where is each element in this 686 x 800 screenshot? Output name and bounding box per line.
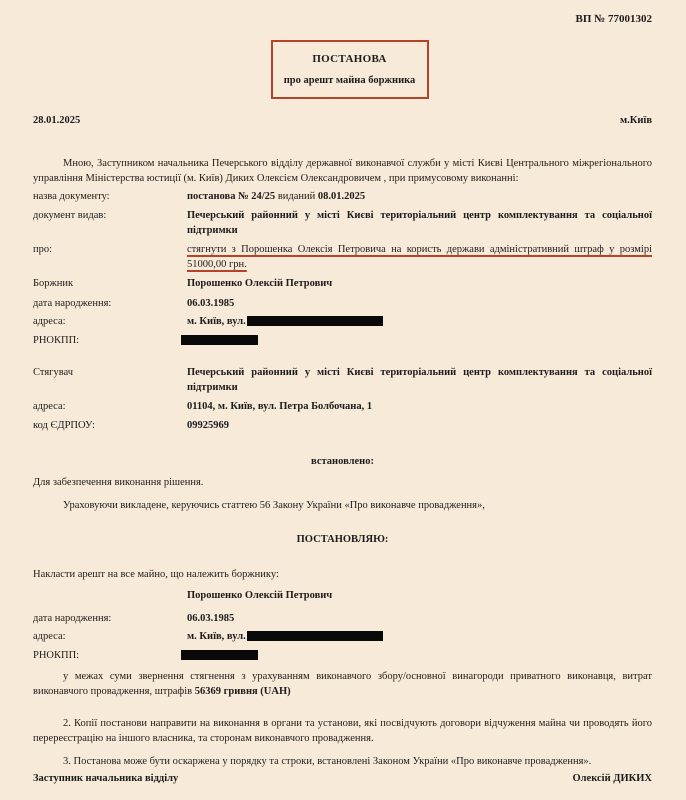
field-value: Печерський районний у місті Києві терито… [187,208,652,238]
document-subtitle: про арешт майна боржника [279,73,421,88]
field-row-about: про: стягнути з Порошенка Олексія Петров… [33,242,652,272]
established-heading: встановлено: [33,454,652,469]
resolve-item2: 2. Копії постанови направити на виконанн… [33,716,652,746]
claimant-name-row: Стягувач Печерський районний у місті Киє… [33,365,652,395]
claimant-edrpou-row: код ЄДРПОУ: 09925969 [33,418,652,433]
debtor-dob-row: дата народження: 06.03.1985 [33,296,652,311]
field-label: РНОКПП: [33,648,187,663]
resolve-item3: 3. Постанова може бути оскаржена у поряд… [33,754,652,769]
resolve-address-row: адреса: м. Київ, вул. [33,629,652,644]
redacted-rnokpp-bar [181,650,258,660]
signer-position: Заступник начальника відділу [33,771,178,786]
signature-row: Заступник начальника відділу Олексій ДИК… [33,771,652,788]
debtor-rnokpp-row: РНОКПП: [33,333,652,348]
intro-paragraph: Мною, Заступником начальника Печерського… [33,156,652,186]
document-city: м.Київ [620,113,652,128]
doc-name-issued-word: виданий [275,191,318,202]
claimant-address-row: адреса: 01104, м. Київ, вул. Петра Болбо… [33,399,652,414]
resolve-address: м. Київ, вул. [187,629,652,644]
redacted-address-bar [247,316,383,326]
field-value: стягнути з Порошенка Олексія Петровича н… [187,242,652,272]
limits-text: у межах суми звернення стягнення з ураху… [33,671,652,697]
field-label: адреса: [33,399,187,414]
field-label: Боржник [33,276,187,291]
field-label: РНОКПП: [33,333,187,348]
field-label: код ЄДРПОУ: [33,418,187,433]
doc-name-number: постанова № 24/25 [187,191,275,202]
field-label: документ видав: [33,208,187,223]
resolve-dob-row: дата народження: 06.03.1985 [33,611,652,626]
resolve-rnokpp-row: РНОКПП: [33,648,652,663]
doc-name-date: 08.01.2025 [318,191,365,202]
claimant-edrpou: 09925969 [187,418,652,433]
signer-name: Олексій ДИКИХ [572,771,652,786]
field-label: Стягувач [33,365,187,380]
redacted-rnokpp-bar [181,335,258,345]
limits-paragraph: у межах суми звернення стягнення з ураху… [33,669,652,699]
field-value: постанова № 24/25 виданий 08.01.2025 [187,189,652,204]
resolve-item1: Накласти арешт на все майно, що належить… [33,567,652,582]
document-date: 28.01.2025 [33,113,80,128]
resolve-dob: 06.03.1985 [187,611,652,626]
resolve-rnokpp [187,648,652,663]
debtor-dob: 06.03.1985 [187,296,652,311]
claimant-address: 01104, м. Київ, вул. Петра Болбочана, 1 [187,399,652,414]
field-label: про: [33,242,187,257]
about-clause-red-underline: стягнути з Порошенка Олексія Петровича н… [187,244,652,270]
resolve-heading: ПОСТАНОВЛЯЮ: [33,532,652,547]
redacted-address-bar [247,631,383,641]
limits-amount: 56369 гривня (UAH) [195,686,291,697]
field-label: назва документу: [33,189,187,204]
address-prefix: м. Київ, вул. [187,631,246,642]
considering-text: Ураховуючи викладене, керуючись статтею … [33,498,652,513]
field-label: дата народження: [33,296,187,311]
established-text: Для забезпечення виконання рішення. [33,475,652,490]
field-label: адреса: [33,314,187,329]
field-label: адреса: [33,629,187,644]
date-city-row: 28.01.2025 м.Київ [33,113,652,128]
title-annotation-box: ПОСТАНОВА про арешт майна боржника [271,40,429,99]
debtor-name-row: Боржник Порошенко Олексій Петрович [33,276,652,291]
debtor-address-row: адреса: м. Київ, вул. [33,314,652,329]
document-title: ПОСТАНОВА [279,52,421,67]
document-page: ВП № 77001302 ПОСТАНОВА про арешт майна … [0,0,686,800]
debtor-address: м. Київ, вул. [187,314,652,329]
field-label: дата народження: [33,611,187,626]
claimant-name: Печерський районний у місті Києві терито… [187,365,652,395]
case-number: ВП № 77001302 [33,12,652,27]
field-row-doc-name: назва документу: постанова № 24/25 видан… [33,189,652,204]
debtor-name: Порошенко Олексій Петрович [187,276,652,291]
field-row-doc-issuer: документ видав: Печерський районний у мі… [33,208,652,238]
address-prefix: м. Київ, вул. [187,316,246,327]
resolve-debtor-name: Порошенко Олексій Петрович [187,588,652,603]
debtor-rnokpp [187,333,652,348]
